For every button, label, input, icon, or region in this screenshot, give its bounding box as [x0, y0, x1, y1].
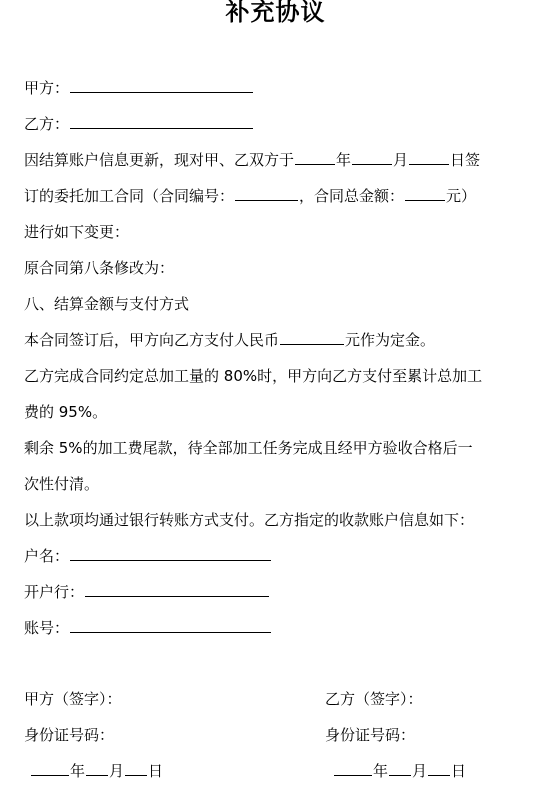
party-b-year-blank[interactable] — [334, 761, 372, 776]
party-a-blank[interactable] — [70, 78, 253, 93]
clause-title: 八、结算金额与支付方式 — [24, 294, 189, 314]
party-a-sign-label: 甲方（签字）： — [24, 689, 122, 709]
document-title: 补充协议 — [0, 0, 551, 27]
yuan-label: 元） — [446, 187, 476, 205]
party-b-day-blank[interactable] — [428, 761, 450, 776]
day-label: 日 — [451, 762, 466, 780]
party-a-label: 甲方： — [24, 79, 69, 97]
account-name-label: 户名： — [24, 547, 69, 565]
party-b-sign-label: 乙方（签字）： — [325, 689, 423, 709]
progress-payment-line-2: 费的 95%。 — [24, 402, 107, 422]
bank-line: 开户行： — [24, 582, 270, 602]
contract-month-blank[interactable] — [352, 150, 392, 165]
year-label: 年 — [373, 762, 388, 780]
final-payment-line-2: 次性付清。 — [24, 474, 99, 494]
intro-line-3: 进行如下变更： — [24, 222, 129, 242]
party-b-blank[interactable] — [70, 114, 253, 129]
account-name-line: 户名： — [24, 546, 272, 566]
party-a-line: 甲方： — [24, 78, 254, 98]
month-label: 月 — [393, 151, 408, 169]
contract-amount-label: ，合同总金额： — [299, 187, 404, 205]
intro-line-1: 因结算账户信息更新，现对甲、乙双方于年月日签 — [24, 150, 480, 170]
contract-number-blank[interactable] — [235, 186, 298, 201]
account-number-label: 账号： — [24, 619, 69, 637]
party-b-month-blank[interactable] — [389, 761, 411, 776]
deposit-amount-blank[interactable] — [280, 330, 344, 345]
party-a-year-blank[interactable] — [31, 761, 69, 776]
account-name-blank[interactable] — [70, 546, 271, 561]
bank-label: 开户行： — [24, 583, 84, 601]
account-number-blank[interactable] — [70, 618, 271, 633]
final-payment-line-1: 剩余 5%的加工费尾款，待全部加工任务完成且经甲方验收合格后一 — [24, 438, 473, 458]
day-label: 日 — [148, 762, 163, 780]
contract-day-blank[interactable] — [409, 150, 449, 165]
contract-amount-blank[interactable] — [405, 186, 445, 201]
party-a-date-line: 年月日 — [30, 761, 163, 781]
intro-line-2: 订的委托加工合同（合同编号：，合同总金额：元） — [24, 186, 476, 206]
bank-blank[interactable] — [85, 582, 269, 597]
account-number-line: 账号： — [24, 618, 272, 638]
deposit-text: 本合同签订后，甲方向乙方支付人民币 — [24, 331, 279, 349]
party-b-id-label: 身份证号码： — [325, 725, 415, 745]
party-a-id-label: 身份证号码： — [24, 725, 114, 745]
party-b-date-line: 年月日 — [333, 761, 466, 781]
year-label: 年 — [70, 762, 85, 780]
contract-year-blank[interactable] — [295, 150, 335, 165]
month-label: 月 — [109, 762, 124, 780]
clause-intro: 原合同第八条修改为： — [24, 258, 174, 278]
bank-transfer-line: 以上款项均通过银行转账方式支付。乙方指定的收款账户信息如下： — [24, 510, 474, 530]
year-label: 年 — [336, 151, 351, 169]
party-b-line: 乙方： — [24, 114, 254, 134]
contract-number-label: 订的委托加工合同（合同编号： — [24, 187, 234, 205]
deposit-line: 本合同签订后，甲方向乙方支付人民币元作为定金。 — [24, 330, 435, 350]
progress-payment-line-1: 乙方完成合同约定总加工量的 80%时，甲方向乙方支付至累计总加工 — [24, 366, 482, 386]
party-b-label: 乙方： — [24, 115, 69, 133]
deposit-suffix: 元作为定金。 — [345, 331, 435, 349]
day-sign-label: 日签 — [450, 151, 480, 169]
party-a-month-blank[interactable] — [86, 761, 108, 776]
month-label: 月 — [412, 762, 427, 780]
intro-text: 因结算账户信息更新，现对甲、乙双方于 — [24, 151, 294, 169]
party-a-day-blank[interactable] — [125, 761, 147, 776]
